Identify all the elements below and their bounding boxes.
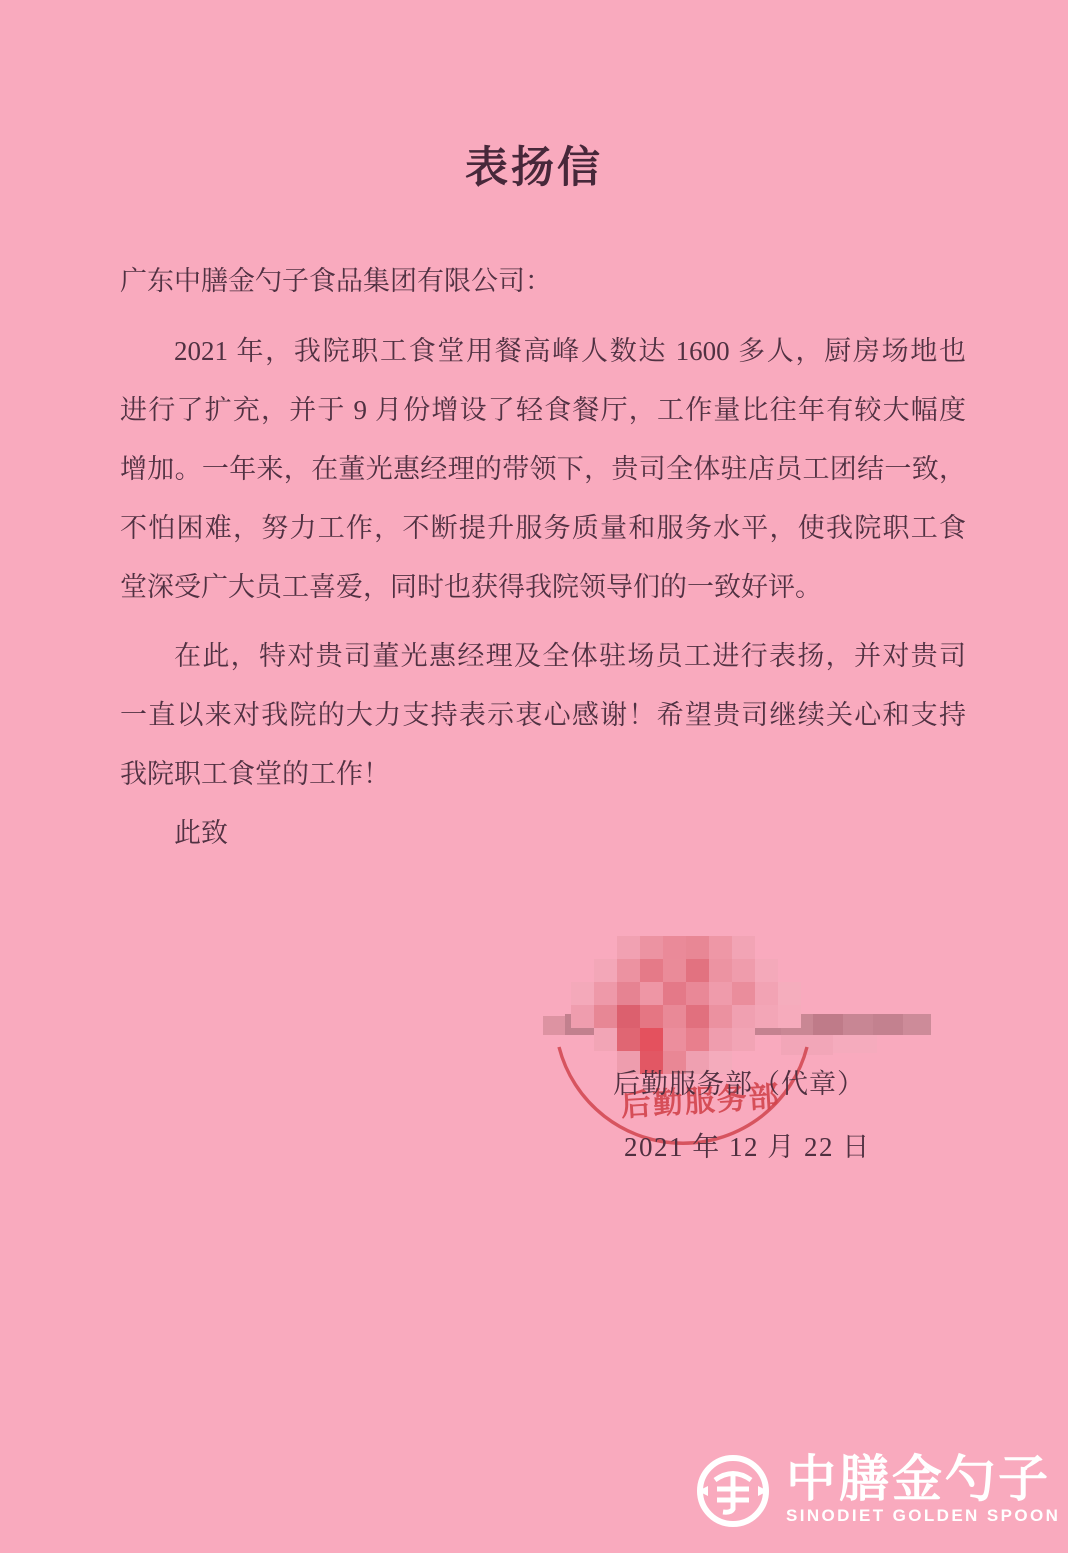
signature-date: 2021 年 12 月 22 日 [624,1133,871,1163]
body-line: 一直以来对我院的大力支持表示衷心感谢！希望贵司继续关心和支持 [120,686,966,745]
paragraph-1: 2021 年，我院职工食堂用餐高峰人数达 1600 多人，厨房场地也 进行了扩充… [120,322,966,617]
body-line: 不怕困难，努力工作，不断提升服务质量和服务水平，使我院职工食 [120,499,966,558]
salutation-line: 广东中膳金勺子食品集团有限公司： [120,252,966,311]
body-line: 2021 年，我院职工食堂用餐高峰人数达 1600 多人，厨房场地也 [120,322,966,381]
body-line: 增加。一年来，在董光惠经理的带领下，贵司全体驻店员工团结一致， [120,440,966,499]
body-line: 进行了扩充，并于 9 月份增设了轻食餐厅，工作量比往年有较大幅度 [120,381,966,440]
brand-name-cn: 中膳金勺子 [786,1452,1060,1506]
letter-page: 表扬信 广东中膳金勺子食品集团有限公司： 2021 年，我院职工食堂用餐高峰人数… [0,0,1068,1553]
golden-spoon-emblem-icon [694,1452,772,1530]
brand-name-en: SINODIET GOLDEN SPOON [786,1506,1060,1526]
body-line: 堂深受广大员工喜爱，同时也获得我院领导们的一致好评。 [120,558,966,617]
body-line: 在此，特对贵司董光惠经理及全体驻场员工进行表扬，并对贵司 [120,627,966,686]
signature-department: 后勤服务部（代章） [613,1070,865,1100]
footer-brand-logo: 中膳金勺子 SINODIET GOLDEN SPOON [694,1452,1060,1530]
closing-line: 此致 [120,804,966,863]
body-line: 我院职工食堂的工作！ [120,745,966,804]
paragraph-2: 在此，特对贵司董光惠经理及全体驻场员工进行表扬，并对贵司 一直以来对我院的大力支… [120,627,966,804]
brand-text: 中膳金勺子 SINODIET GOLDEN SPOON [786,1452,1060,1526]
letter-body: 广东中膳金勺子食品集团有限公司： 2021 年，我院职工食堂用餐高峰人数达 16… [120,252,966,863]
letter-title: 表扬信 [0,134,1068,195]
